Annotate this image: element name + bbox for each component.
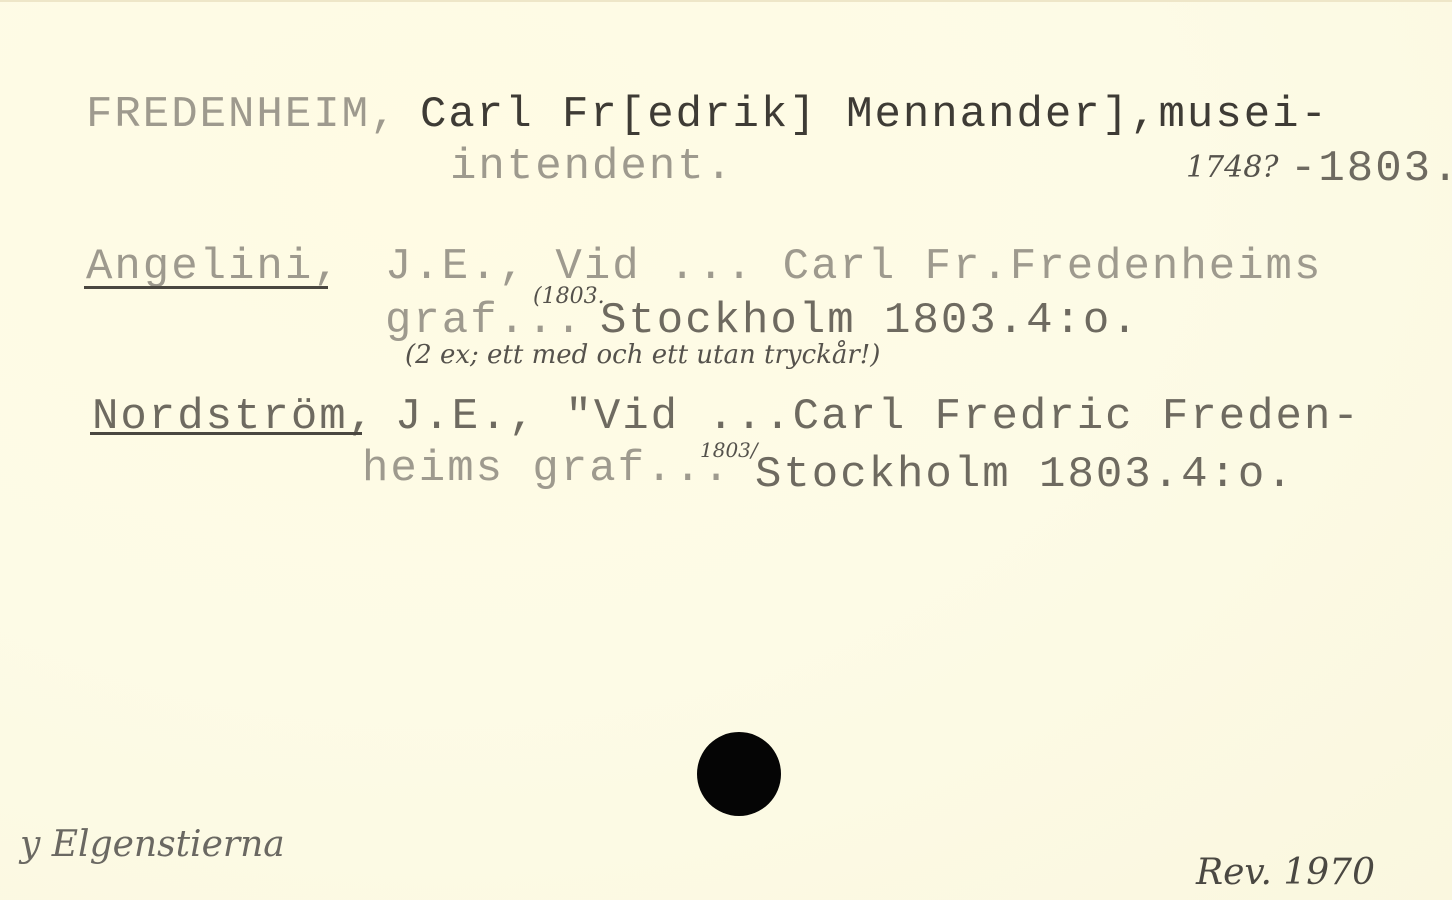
heading-surname: FREDENHEIM, <box>86 90 398 140</box>
entry-title-line1: J.E., "Vid ...Carl Fredric Freden- <box>395 392 1361 442</box>
entry-author: Angelini, <box>86 242 342 292</box>
entry-copies-note-handwritten: (2 ex; ett med och ett utan tryckår!) <box>405 340 880 370</box>
punch-hole <box>697 732 781 816</box>
heading-birth-year-handwritten: 1748? <box>1186 150 1278 185</box>
heading-given-names: Carl Fr[edrik] Mennander],musei- <box>420 90 1329 140</box>
catalog-card: FREDENHEIM, Carl Fr[edrik] Mennander],mu… <box>0 0 1452 900</box>
entry-imprint: Stockholm 1803.4:o. <box>755 450 1295 500</box>
entry-title-line2-prefix: heims graf... <box>362 444 731 494</box>
heading-death-year: -1803. <box>1290 144 1452 194</box>
author-underline <box>90 432 362 435</box>
entry-imprint: Stockholm 1803.4:o. <box>600 296 1140 346</box>
entry-title-line1: J.E., Vid ... Carl Fr.Fredenheims <box>385 242 1322 292</box>
entry-year-insert-handwritten: 1803/ <box>700 438 758 462</box>
author-underline <box>84 286 328 289</box>
revision-note-handwritten: Rev. 1970 <box>1196 852 1375 893</box>
signature-handwritten: y Elgenstierna <box>20 824 285 865</box>
entry-year-insert-handwritten: (1803. <box>533 284 605 309</box>
heading-occupation: intendent. <box>450 142 734 192</box>
